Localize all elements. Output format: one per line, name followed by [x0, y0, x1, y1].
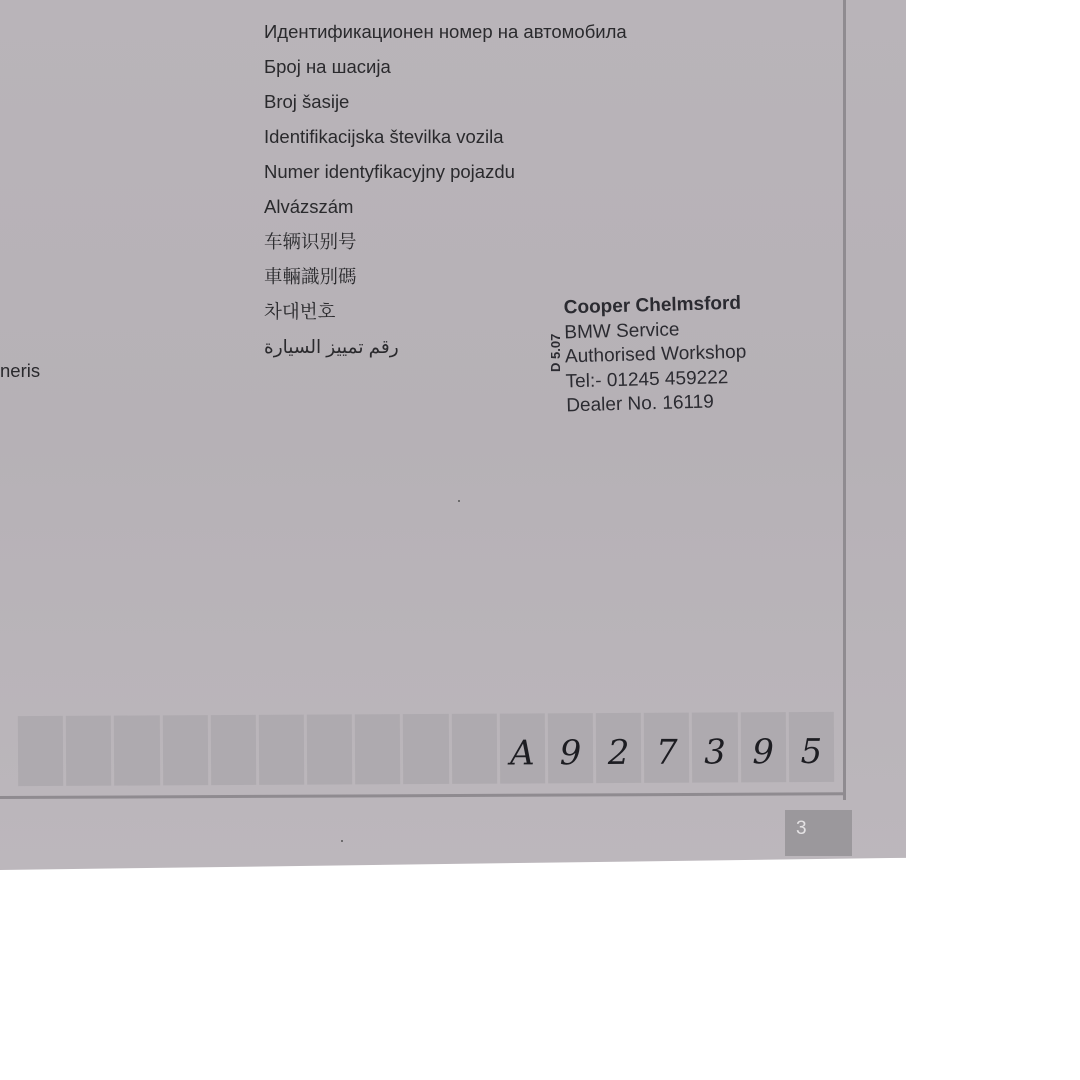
vin-label-slovenian: Identifikacijska številka vozila [264, 119, 627, 154]
vin-cell [66, 716, 112, 786]
vin-cell: 9 [548, 713, 594, 783]
dealer-phone: Tel:- 01245 459222 [565, 365, 747, 394]
dealer-stamp: Cooper Chelmsford BMW Service Authorised… [563, 292, 747, 419]
vin-label-hungarian: Alvázszám [264, 189, 627, 224]
vin-cell: 9 [740, 712, 786, 782]
vin-label-polish: Numer identyfikacyjny pojazdu [264, 154, 627, 189]
left-column-text-fragment: neris [0, 360, 40, 382]
vin-handwritten-char: 3 [704, 732, 726, 782]
vin-label-chinese-simplified: 车辆识别号 [264, 224, 627, 259]
page-frame-bottom-border [0, 792, 846, 799]
vin-cell: 7 [644, 713, 690, 783]
vin-handwritten-char: 9 [560, 733, 582, 783]
vin-cell [211, 715, 257, 785]
vin-label-macedonian: Број на шасија [264, 49, 627, 84]
vin-handwritten-char: 5 [800, 732, 822, 782]
vin-handwritten-char: A [510, 733, 535, 783]
vin-cell [18, 716, 64, 786]
vin-cell [259, 715, 305, 785]
dealer-number: Dealer No. 16119 [566, 390, 748, 419]
vin-label-bulgarian: Идентификационен номер на автомобила [264, 14, 627, 49]
vin-cell: A [500, 713, 546, 783]
vin-cell: 5 [789, 712, 835, 782]
vin-cell [403, 714, 449, 784]
vin-label-croatian: Broj šasije [264, 84, 627, 119]
dealer-name: Cooper Chelmsford [563, 292, 745, 321]
vin-handwritten-char: 9 [752, 732, 774, 782]
vin-cell [162, 715, 208, 785]
vin-label-chinese-traditional: 車輛識別碼 [264, 259, 627, 294]
paper-speck [341, 840, 343, 842]
document-page: Идентификационен номер на автомобила Бро… [0, 0, 906, 870]
page-number: 3 [785, 810, 852, 856]
vin-cell: 3 [692, 712, 738, 782]
vin-handwritten-char: 2 [608, 733, 630, 783]
vin-cell [451, 714, 497, 784]
vin-entry-box: A927395 [18, 712, 834, 786]
vin-cell [307, 714, 353, 784]
stamp-side-code: D 5.07 [548, 334, 563, 372]
page-frame-right-border [843, 0, 846, 800]
paper-speck [458, 500, 460, 502]
vin-handwritten-char: 7 [656, 733, 678, 783]
vin-cell [114, 715, 160, 785]
vin-cell: 2 [596, 713, 642, 783]
vin-cell [355, 714, 401, 784]
